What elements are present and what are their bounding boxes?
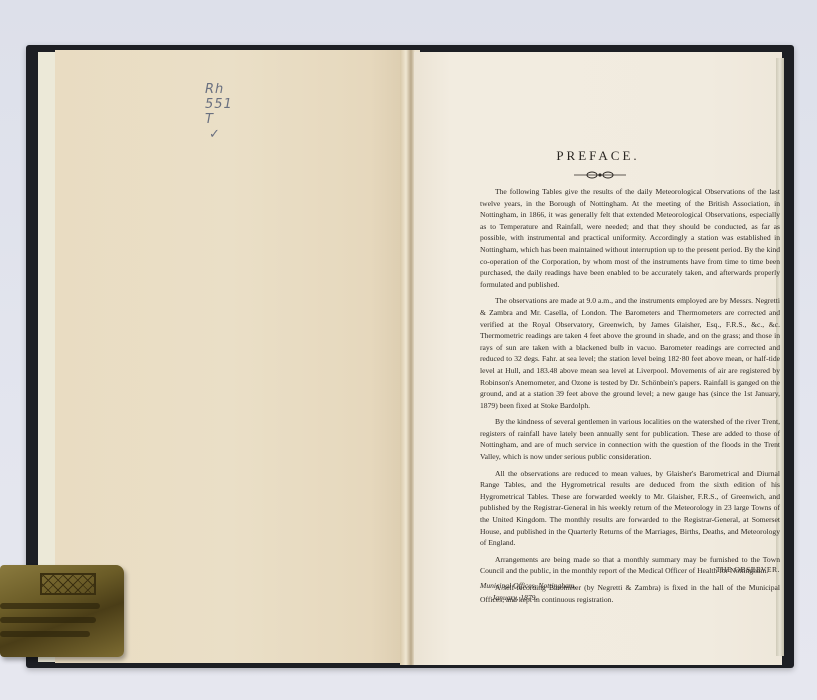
shelfmark-line: 551 [205,97,245,112]
dateline: Municipal Offices, Nottingham, January, … [480,580,576,604]
clip-lattice [40,573,96,595]
decorative-rule-icon [574,171,626,179]
paragraph: By the kindness of several gentlemen in … [480,416,780,462]
brass-hand-clip [0,565,124,657]
signature: THE OBSERVER. [480,565,780,574]
shelfmark-line: T [205,112,245,127]
page-title: PREFACE. [414,148,782,164]
paragraph: The following Tables give the results of… [480,186,780,290]
date: January, 1879. [492,592,576,604]
place: Municipal Offices, Nottingham, [480,580,576,592]
paragraph: All the observations are reduced to mean… [480,468,780,549]
paragraph: The observations are made at 9.0 a.m., a… [480,295,780,411]
preface-body: The following Tables give the results of… [480,186,780,610]
clip-finger [0,631,90,637]
shelfmark-line: Rh [205,82,245,97]
clip-finger [0,617,96,623]
handwritten-shelfmark: Rh 551 T ✓ [205,82,245,142]
checkmark-icon: ✓ [209,127,245,142]
clip-finger [0,603,100,609]
